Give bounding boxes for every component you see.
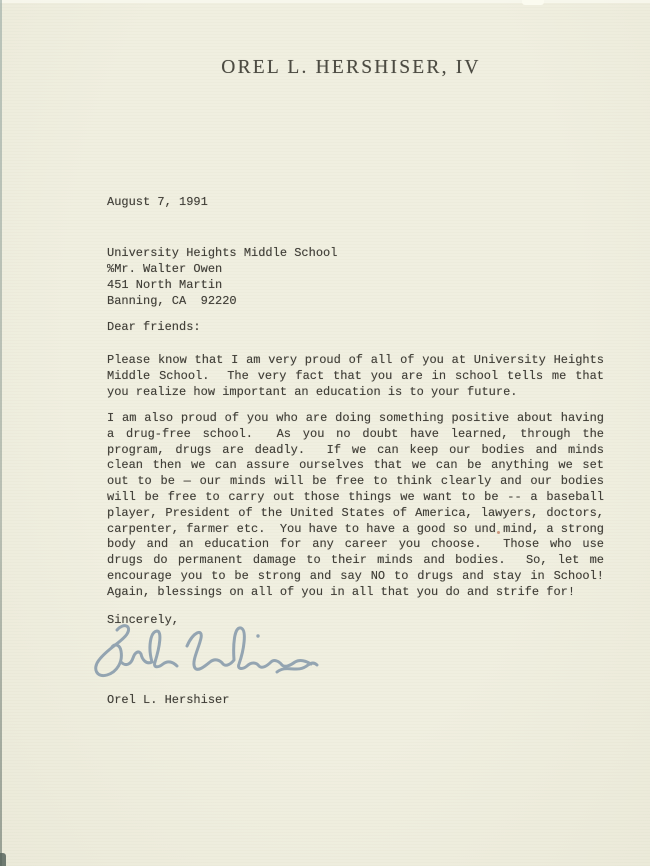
letter-line: clean then we can assure ourselves that … xyxy=(107,458,604,474)
recipient-address-line: Banning, CA 92220 xyxy=(107,293,337,309)
scan-corner-mark xyxy=(0,853,6,866)
letter-line: encourage you to be strong and say NO to… xyxy=(107,569,604,585)
body-paragraph-2: I am also proud of you who are doing som… xyxy=(107,411,604,585)
letter-line: will be free to carry out those things w… xyxy=(107,490,604,506)
recipient-address-line: 451 North Martin xyxy=(107,277,337,293)
letter-line: player, President of the United States o… xyxy=(107,506,604,522)
handwritten-signature xyxy=(84,618,319,688)
body-paragraph-1: Please know that I am very proud of all … xyxy=(107,353,604,400)
salutation: Dear friends: xyxy=(107,320,201,336)
letter-line: out to be — our minds will be free to th… xyxy=(107,474,604,490)
letter-line: a drug-free school. As you no doubt have… xyxy=(107,427,604,443)
scan-edge-left xyxy=(0,0,2,866)
recipient-address-line: %Mr. Walter Owen xyxy=(107,261,337,277)
letterhead-name: OREL L. HERSHISER, IV xyxy=(26,57,650,79)
letter-line: carpenter, farmer etc. You have to have … xyxy=(107,522,604,538)
scan-edge-top xyxy=(0,0,650,3)
letter-line: I am also proud of you who are doing som… xyxy=(107,411,604,427)
typed-signature-name: Orel L. Hershiser xyxy=(107,693,229,709)
recipient-address: University Heights Middle School%Mr. Wal… xyxy=(107,245,337,309)
letter-date: August 7, 1991 xyxy=(107,195,208,211)
letter-line: you realize how important an education i… xyxy=(107,385,604,401)
letter-line: drugs do permanent damage to their minds… xyxy=(107,553,604,569)
letter-line: Please know that I am very proud of all … xyxy=(107,353,604,369)
recipient-address-line: University Heights Middle School xyxy=(107,245,337,261)
signature-ink-icon xyxy=(84,618,319,688)
letter-line: program, drugs are deadly. If we can kee… xyxy=(107,443,604,459)
letter-line: body and an education for any career you… xyxy=(107,537,604,553)
farewell-line: Again, blessings on all of you in all th… xyxy=(107,585,575,601)
scan-notch xyxy=(522,0,544,5)
letter-line: Middle School. The very fact that you ar… xyxy=(107,369,604,385)
